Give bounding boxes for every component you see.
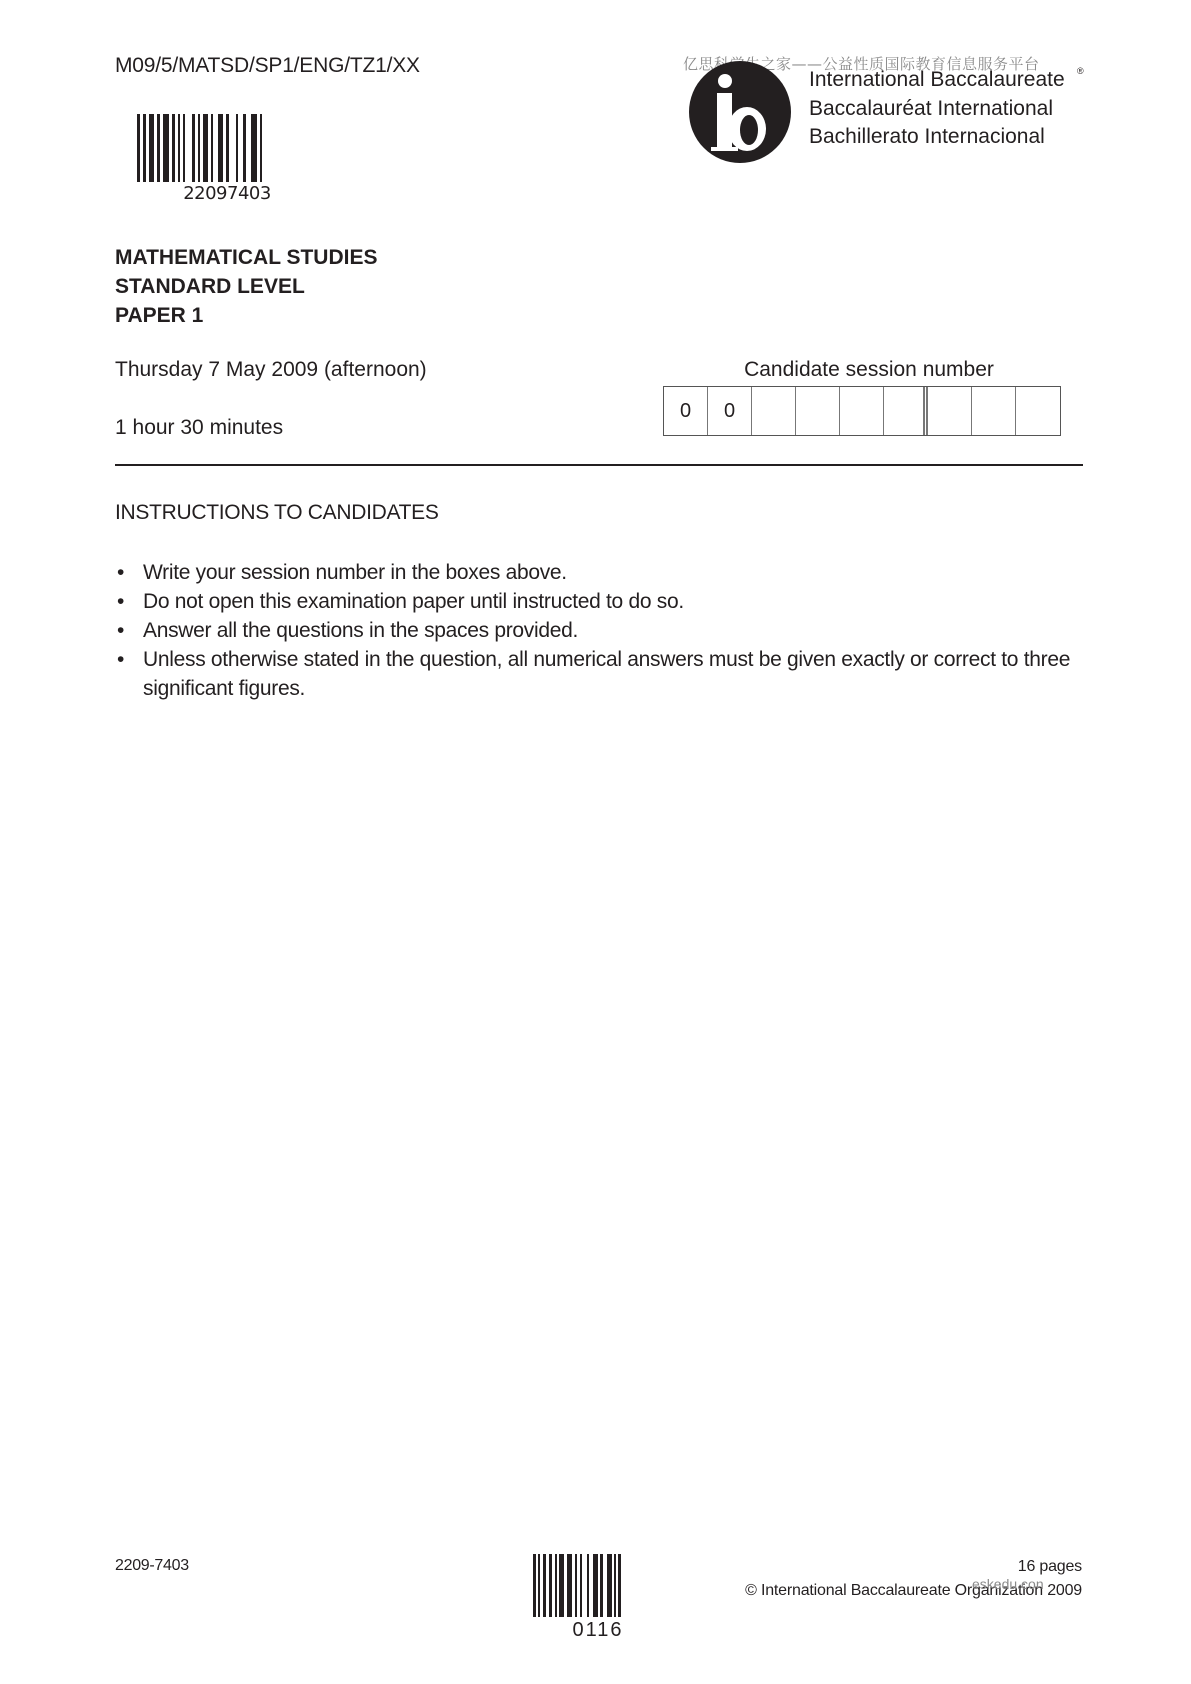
paper-code: M09/5/MATSD/SP1/ENG/TZ1/XX — [115, 54, 420, 78]
session-digit-box[interactable]: 0 — [664, 387, 708, 435]
instructions-list: Write your session number in the boxes a… — [115, 558, 1085, 703]
barcode-bottom-number: 0116 — [533, 1619, 663, 1642]
session-digit-box[interactable] — [928, 387, 972, 435]
session-digit-box[interactable] — [796, 387, 840, 435]
level: STANDARD LEVEL — [115, 272, 378, 301]
exam-title: MATHEMATICAL STUDIES STANDARD LEVEL PAPE… — [115, 243, 378, 330]
session-digit-box[interactable] — [884, 387, 928, 435]
session-digit-box[interactable] — [972, 387, 1016, 435]
session-digit-box[interactable] — [1016, 387, 1060, 435]
instruction-item: Do not open this examination paper until… — [115, 587, 1085, 616]
org-name-en: International Baccalaureate — [809, 66, 1065, 95]
session-digit-box[interactable]: 0 — [708, 387, 752, 435]
exam-date: Thursday 7 May 2009 (afternoon) — [115, 358, 427, 382]
instruction-item: Unless otherwise stated in the question,… — [115, 645, 1085, 703]
organization-names: International Baccalaureate Baccalauréat… — [809, 66, 1065, 152]
paper: PAPER 1 — [115, 301, 378, 330]
barcode-top-number: 22097403 — [137, 183, 317, 204]
watermark-bottom: eskedu.con — [972, 1576, 1044, 1592]
document-code: 2209-7403 — [115, 1557, 189, 1575]
registered-mark: ® — [1077, 66, 1084, 76]
exam-duration: 1 hour 30 minutes — [115, 416, 283, 440]
session-digit-box[interactable] — [840, 387, 884, 435]
subject: MATHEMATICAL STUDIES — [115, 243, 378, 272]
candidate-session-label: Candidate session number — [663, 358, 1075, 382]
org-name-fr: Baccalauréat International — [809, 95, 1065, 124]
candidate-session-boxes: 0 0 — [663, 386, 1061, 436]
barcode-top — [137, 114, 262, 182]
barcode-bottom — [533, 1554, 621, 1617]
org-name-es: Bachillerato Internacional — [809, 123, 1065, 152]
divider — [115, 464, 1083, 466]
instruction-item: Answer all the questions in the spaces p… — [115, 616, 1085, 645]
instructions-heading: INSTRUCTIONS TO CANDIDATES — [115, 501, 439, 525]
instruction-item: Write your session number in the boxes a… — [115, 558, 1085, 587]
ib-logo-icon — [687, 57, 793, 163]
session-digit-box[interactable] — [752, 387, 796, 435]
